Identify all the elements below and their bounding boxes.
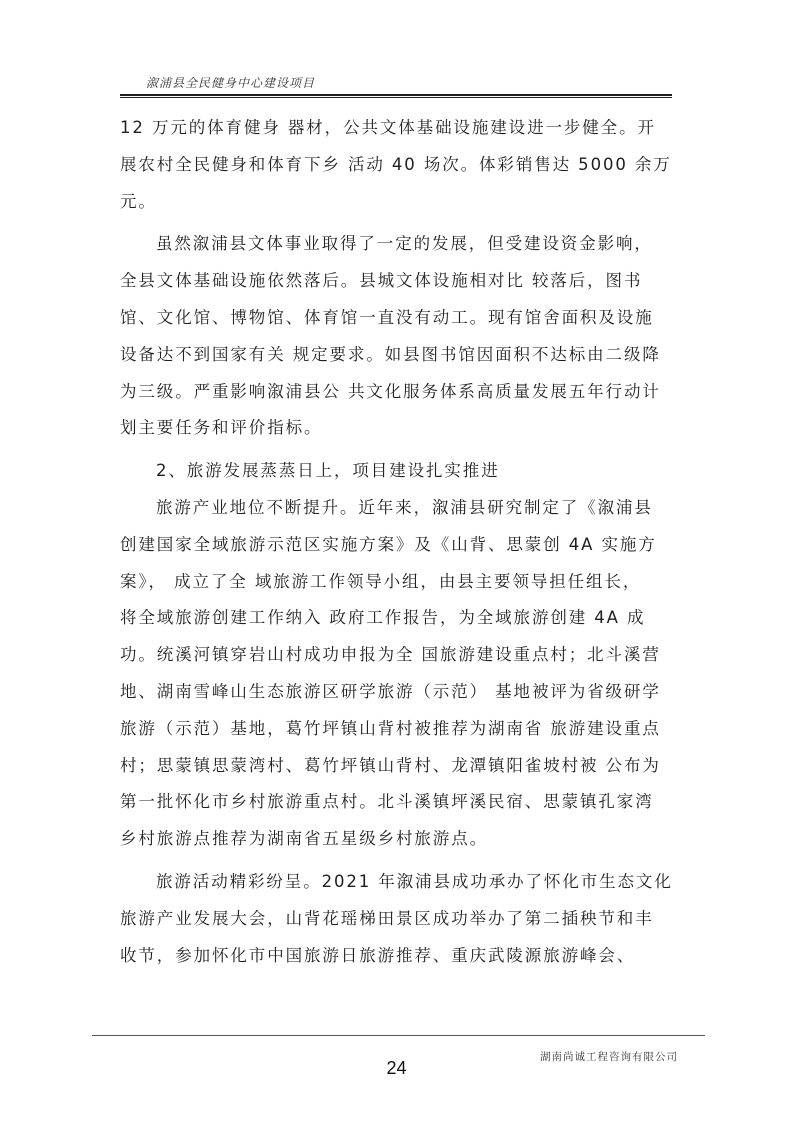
- text-line: 功。统溪河镇穿岩山村成功申报为全 国旅游建设重点村；北斗溪营: [120, 637, 676, 674]
- text-line: 馆、文化馆、博物馆、体育馆一直没有动工。现有馆舍面积及设施: [120, 300, 676, 337]
- text-line: 划主要任务和评价指标。: [120, 410, 676, 447]
- text-line: 元。: [120, 184, 676, 221]
- text-line: 2、旅游发展蒸蒸日上，项目建设扎实推进: [120, 453, 676, 490]
- paragraph: 12 万元的体育健身 器材，公共文体基础设施建设进一步健全。开 展农村全民健身和…: [120, 110, 676, 220]
- text-line: 地、湖南雪峰山生态旅游区研学旅游（示范） 基地被评为省级研学: [120, 674, 676, 711]
- text-line: 虽然溆浦县文体事业取得了一定的发展，但受建设资金影响，: [120, 226, 676, 263]
- text-line: 全县文体基础设施依然落后。县城文体设施相对比 较落后，图书: [120, 263, 676, 300]
- text-line: 旅游（示范）基地，葛竹坪镇山背村被推荐为湖南省 旅游建设重点: [120, 711, 676, 748]
- text-line: 第一批怀化市乡村旅游重点村。北斗溪镇坪溪民宿、思蒙镇孔家湾: [120, 784, 676, 821]
- text-line: 旅游产业发展大会，山背花瑶梯田景区成功举办了第二插秧节和丰: [120, 901, 676, 938]
- paragraph: 旅游活动精彩纷呈。2021 年溆浦县成功承办了怀化市生态文化 旅游产业发展大会，…: [120, 864, 676, 974]
- text-line: 旅游产业地位不断提升。近年来，溆浦县研究制定了《溆浦县: [120, 490, 676, 527]
- text-line: 村；思蒙镇思蒙湾村、葛竹坪镇山背村、龙潭镇阳雀坡村被 公布为: [120, 748, 676, 785]
- section-heading: 2、旅游发展蒸蒸日上，项目建设扎实推进: [120, 453, 676, 490]
- text-line: 展农村全民健身和体育下乡 活动 40 场次。体彩销售达 5000 余万: [120, 147, 676, 184]
- text-line: 为三级。严重影响溆浦县公 共文化服务体系高质量发展五年行动计: [120, 374, 676, 411]
- paragraph: 旅游产业地位不断提升。近年来，溆浦县研究制定了《溆浦县 创建国家全域旅游示范区实…: [120, 490, 676, 858]
- footer-rule: [92, 1035, 705, 1036]
- company-name: 湖南尚诚工程咨询有限公司: [540, 1049, 678, 1064]
- text-line: 旅游活动精彩纷呈。2021 年溆浦县成功承办了怀化市生态文化: [120, 864, 676, 901]
- header-title: 溆浦县全民健身中心建设项目: [120, 76, 672, 90]
- text-line: 将全域旅游创建工作纳入 政府工作报告，为全域旅游创建 4A 成: [120, 600, 676, 637]
- page-header: 溆浦县全民健身中心建设项目: [120, 76, 672, 98]
- paragraph: 虽然溆浦县文体事业取得了一定的发展，但受建设资金影响， 全县文体基础设施依然落后…: [120, 226, 676, 447]
- text-line: 案》， 成立了全 域旅游工作领导小组，由县主要领导担任组长，: [120, 564, 676, 601]
- text-line: 乡村旅游点推荐为湖南省五星级乡村旅游点。: [120, 821, 676, 858]
- text-line: 创建国家全域旅游示范区实施方案》及《山背、思蒙创 4A 实施方: [120, 527, 676, 564]
- text-line: 设备达不到国家有关 规定要求。如县图书馆因面积不达标由二级降: [120, 337, 676, 374]
- text-line: 12 万元的体育健身 器材，公共文体基础设施建设进一步健全。开: [120, 110, 676, 147]
- header-double-rule: [120, 94, 672, 98]
- text-line: 收节，参加怀化市中国旅游日旅游推荐、重庆武陵源旅游峰会、: [120, 938, 676, 975]
- document-body: 12 万元的体育健身 器材，公共文体基础设施建设进一步健全。开 展农村全民健身和…: [120, 110, 676, 974]
